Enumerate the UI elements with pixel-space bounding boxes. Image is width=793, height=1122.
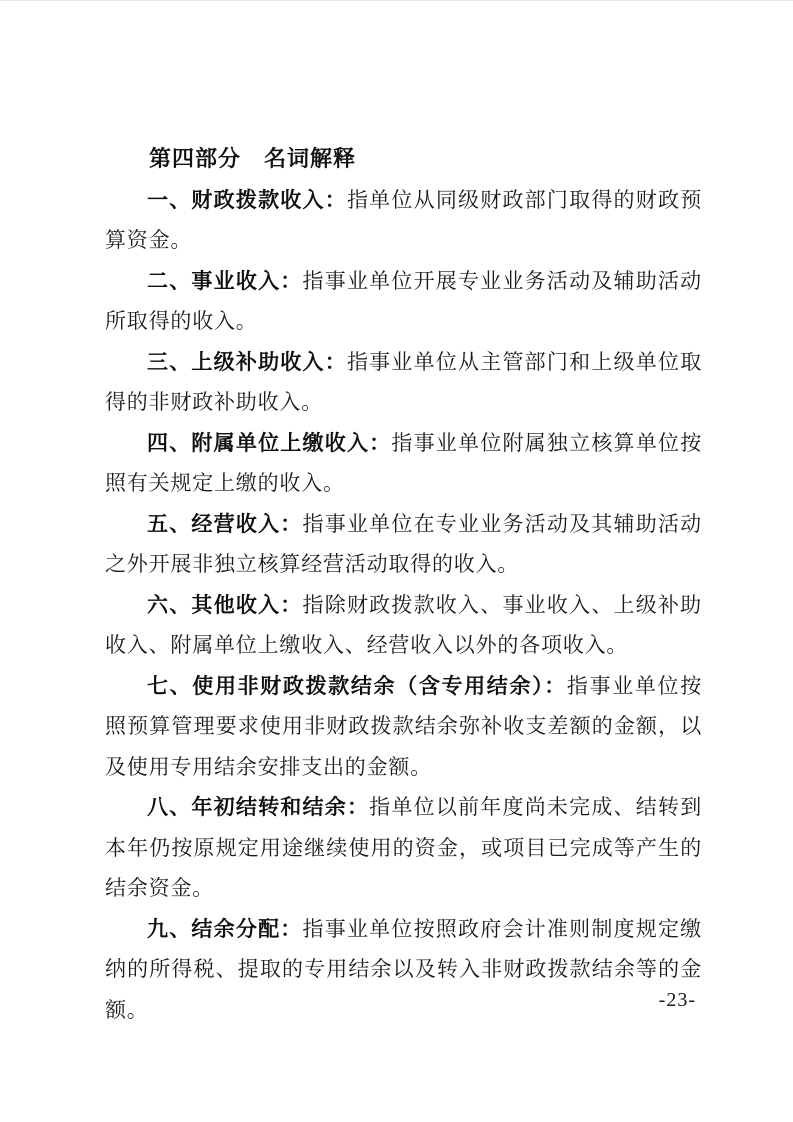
term-label: 九、结余分配： xyxy=(147,917,303,941)
term-paragraph-8: 八、年初结转和结余：指单位以前年度尚未完成、结转到本年仍按原规定用途继续使用的资… xyxy=(105,787,702,909)
term-label: 六、其他收入： xyxy=(147,593,303,617)
term-label: 五、经营收入： xyxy=(147,512,303,536)
term-paragraph-4: 四、附属单位上缴收入：指事业单位附属独立核算单位按照有关规定上缴的收入。 xyxy=(105,423,702,504)
term-paragraph-7: 七、使用非财政拨款结余（含专用结余）：指事业单位按照预算管理要求使用非财政拨款结… xyxy=(105,666,702,788)
term-paragraph-9: 九、结余分配：指事业单位按照政府会计准则制度规定缴纳的所得税、提取的专用结余以及… xyxy=(105,909,702,1031)
term-label: 八、年初结转和结余： xyxy=(147,795,369,819)
term-paragraph-2: 二、事业收入：指事业单位开展专业业务活动及辅助活动所取得的收入。 xyxy=(105,261,702,342)
term-paragraph-3: 三、上级补助收入：指事业单位从主管部门和上级单位取得的非财政补助收入。 xyxy=(105,342,702,423)
term-paragraph-1: 一、财政拨款收入：指单位从同级财政部门取得的财政预算资金。 xyxy=(105,180,702,261)
term-label: 三、上级补助收入： xyxy=(147,350,347,374)
term-paragraph-5: 五、经营收入：指事业单位在专业业务活动及其辅助活动之外开展非独立核算经营活动取得… xyxy=(105,504,702,585)
term-label: 四、附属单位上缴收入： xyxy=(147,431,391,455)
document-page: 第四部分 名词解释 一、财政拨款收入：指单位从同级财政部门取得的财政预算资金。 … xyxy=(0,0,793,1122)
page-number: -23- xyxy=(659,989,696,1012)
term-label: 一、财政拨款收入： xyxy=(147,188,347,212)
term-label: 七、使用非财政拨款结余（含专用结余）： xyxy=(147,674,567,698)
section-title: 第四部分 名词解释 xyxy=(105,139,702,180)
term-paragraph-6: 六、其他收入：指除财政拨款收入、事业收入、上级补助收入、附属单位上缴收入、经营收… xyxy=(105,585,702,666)
term-label: 二、事业收入： xyxy=(147,269,303,293)
document-body: 第四部分 名词解释 一、财政拨款收入：指单位从同级财政部门取得的财政预算资金。 … xyxy=(105,139,702,1030)
